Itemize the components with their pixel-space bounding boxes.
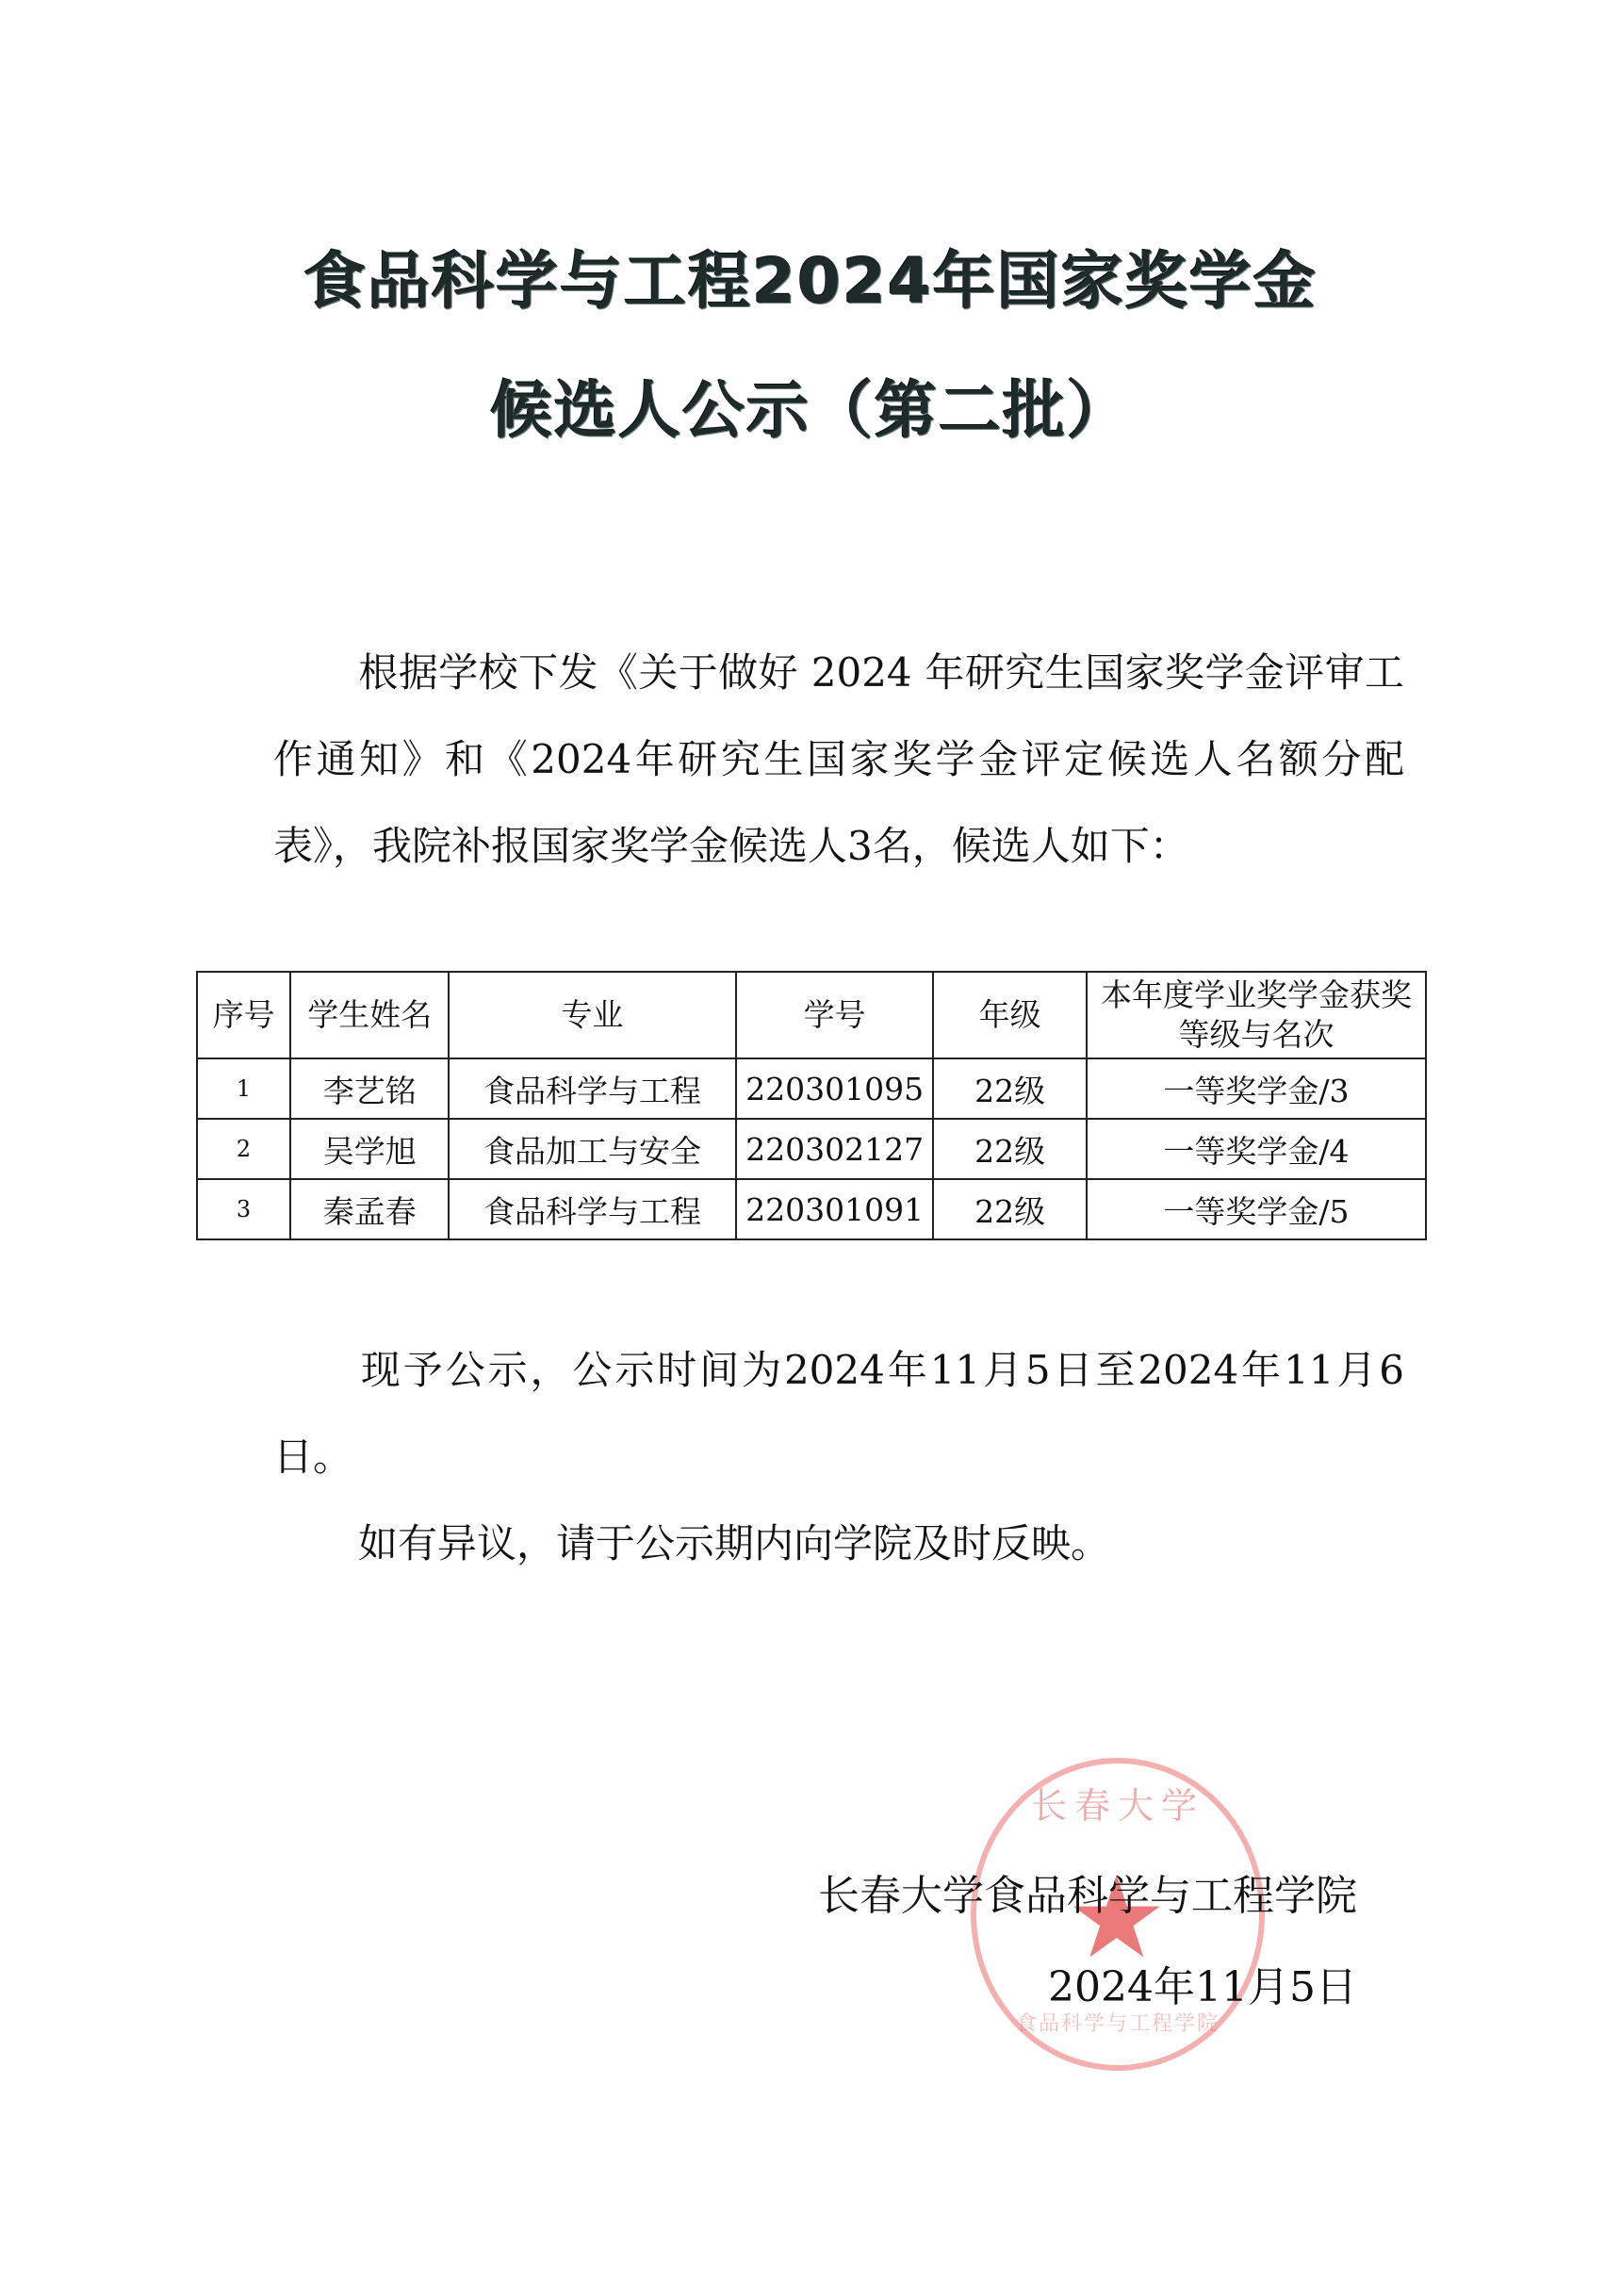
table-row: 2 吴学旭 食品加工与安全 220302127 22级 一等奖学金/4 xyxy=(197,1119,1426,1179)
table-row: 3 秦孟春 食品科学与工程 220301091 22级 一等奖学金/5 xyxy=(197,1179,1426,1239)
publicity-period-text: 现予公示，公示时间为2024年11月5日至2024年11月6日。 xyxy=(273,1347,1404,1480)
cell-grade: 22级 xyxy=(933,1179,1086,1239)
cell-student-id: 220301095 xyxy=(736,1058,934,1119)
cell-major: 食品科学与工程 xyxy=(449,1058,735,1119)
cell-major: 食品加工与安全 xyxy=(449,1119,735,1179)
cell-award: 一等奖学金/3 xyxy=(1087,1058,1426,1119)
document-title-line-1: 食品科学与工程2024年国家奖学金 xyxy=(0,231,1621,320)
header-index: 序号 xyxy=(197,972,290,1058)
cell-award: 一等奖学金/5 xyxy=(1087,1179,1426,1239)
cell-major: 食品科学与工程 xyxy=(449,1179,735,1239)
cell-index: 2 xyxy=(197,1119,290,1179)
objection-text: 如有异议，请于公示期内向学院及时反映。 xyxy=(358,1520,1110,1566)
intro-paragraph: 根据学校下发《关于做好 2024 年研究生国家奖学金评审工作通知》和《2024年… xyxy=(273,630,1404,890)
cell-name: 秦孟春 xyxy=(290,1179,449,1239)
signature-date: 2024年11月5日 xyxy=(1048,1953,1357,2013)
cell-award: 一等奖学金/4 xyxy=(1087,1119,1426,1179)
cell-index: 1 xyxy=(197,1058,290,1119)
table-header-row: 序号 学生姓名 专业 学号 年级 本年度学业奖学金获奖等级与名次 xyxy=(197,972,1426,1058)
intro-text: 根据学校下发《关于做好 2024 年研究生国家奖学金评审工作通知》和《2024年… xyxy=(273,649,1404,869)
objection-paragraph: 如有异议，请于公示期内向学院及时反映。 xyxy=(273,1501,1404,1587)
header-major: 专业 xyxy=(449,972,735,1058)
seal-top-text: 长春大学 xyxy=(995,1777,1240,1829)
cell-student-id: 220302127 xyxy=(736,1119,934,1179)
cell-index: 3 xyxy=(197,1179,290,1239)
header-award: 本年度学业奖学金获奖等级与名次 xyxy=(1087,972,1426,1058)
cell-grade: 22级 xyxy=(933,1058,1086,1119)
signature-organization: 长春大学食品科学与工程学院 xyxy=(818,1861,1357,1922)
header-student-id: 学号 xyxy=(736,972,934,1058)
cell-grade: 22级 xyxy=(933,1119,1086,1179)
cell-name: 吴学旭 xyxy=(290,1119,449,1179)
document-title-line-2: 候选人公示（第二批） xyxy=(0,360,1621,450)
cell-student-id: 220301091 xyxy=(736,1179,934,1239)
candidate-table: 序号 学生姓名 专业 学号 年级 本年度学业奖学金获奖等级与名次 1 李艺铭 食… xyxy=(196,971,1427,1240)
table-row: 1 李艺铭 食品科学与工程 220301095 22级 一等奖学金/3 xyxy=(197,1058,1426,1119)
header-name: 学生姓名 xyxy=(290,972,449,1058)
publicity-period-paragraph: 现予公示，公示时间为2024年11月5日至2024年11月6日。 xyxy=(273,1327,1404,1501)
cell-name: 李艺铭 xyxy=(290,1058,449,1119)
header-grade: 年级 xyxy=(933,972,1086,1058)
